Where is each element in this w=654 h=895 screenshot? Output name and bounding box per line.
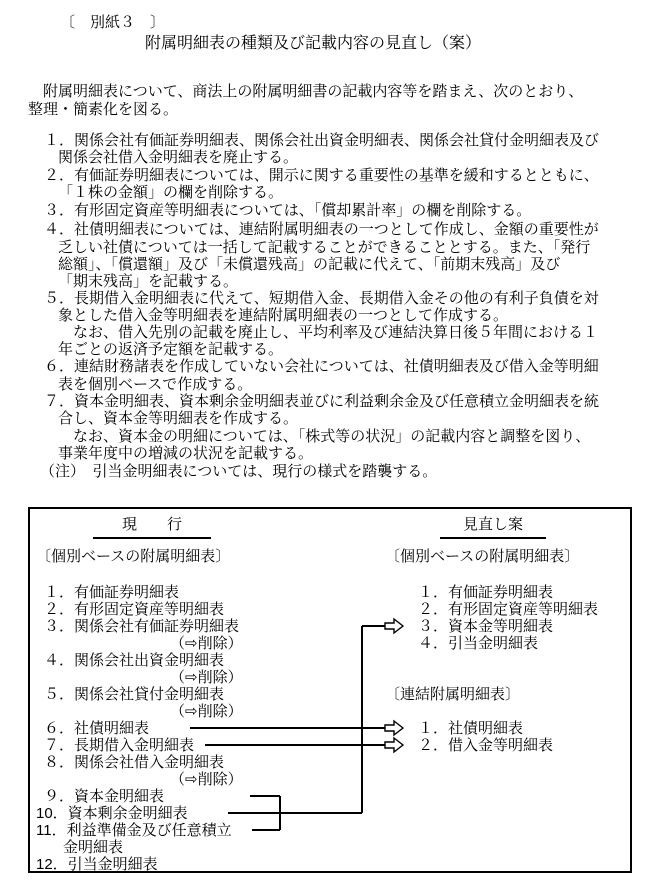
body-line: 「１株の金額」の欄を削除する。 [58, 185, 283, 201]
intro-line: 附属明細表について、商法上の附属明細書の記載内容等を踏まえ、次のとおり、 [43, 84, 583, 100]
current-group-label: 〔個別ベースの附属明細表〕 [36, 549, 230, 564]
body-line: ３．有形固定資産等明細表については、「償却累計率」の欄を削除する。 [44, 203, 531, 219]
revised-item: ４．引当金明細表 [418, 636, 538, 651]
body-line: 事業年度中の増減の状況を記載する。 [58, 446, 313, 462]
intro-line: 整理・簡素化を図る。 [28, 102, 178, 118]
body-line: 乏しい社債については一括して記載することができることとする。また、「発行 [58, 240, 590, 256]
revised-item: ２．有形固定資産等明細表 [418, 602, 598, 617]
body-line: ７．資本金明細表、資本剰余金明細表並びに利益剰余金及び任意積立金明細表を統 [44, 394, 599, 410]
arrow-right-icon [385, 619, 403, 633]
revised-column-header: 見直し案 [440, 517, 546, 539]
current-item: ７．長期借入金明細表 [44, 738, 194, 753]
current-item: 10．資本剰余金明細表 [36, 806, 188, 821]
current-item: 12．引当金明細表 [36, 857, 158, 872]
current-item-continuation: 金明細表 [63, 840, 123, 855]
current-item: ３．関係会社有価証券明細表 [44, 619, 239, 634]
body-line: ５．長期借入金明細表に代えて、短期借入金、長期借入金その他の有利子負債を対 [44, 291, 599, 307]
revised-group-label-consolidated: 〔連結附属明細表〕 [385, 687, 520, 702]
page-title: 附属明細表の種類及び記載内容の見直し（案） [145, 36, 481, 52]
current-item: 11．利益準備金及び任意積立 [36, 823, 232, 838]
deleted-marker: （⇨削除） [170, 670, 243, 685]
body-line: 象とした借入金等明細表を連結附属明細表の一つとして作成する。 [58, 308, 508, 324]
body-line: ４．社債明細表については、連結附属明細表の一つとして作成し、金額の重要性が [44, 222, 599, 238]
note-line: （注） 引当金明細表については、現行の様式を踏襲する。 [40, 464, 437, 480]
current-item: ５．関係会社貸付金明細表 [44, 687, 224, 702]
current-column-header: 現 行 [93, 517, 211, 539]
body-line: 関係会社借入金明細表を廃止する。 [58, 150, 298, 166]
current-item: ６．社債明細表 [44, 721, 149, 736]
current-item: ９．資本金明細表 [44, 789, 164, 804]
revised-group-label-individual: 〔個別ベースの附属明細表〕 [385, 549, 579, 564]
deleted-marker: （⇨削除） [170, 636, 243, 651]
revised-item: １．有価証券明細表 [418, 585, 553, 600]
body-line: ６．連結財務諸表を作成していない会社については、社債明細表及び借入金等明細 [44, 359, 599, 375]
current-item: ２．有形固定資産等明細表 [44, 602, 224, 617]
current-item: ４．関係会社出資金明細表 [44, 653, 224, 668]
body-line: 「期末残高」を記載する。 [58, 274, 238, 290]
arrow-right-icon [385, 721, 403, 735]
deleted-marker: （⇨削除） [170, 772, 243, 787]
body-line: 表を個別ベースで作成する。 [58, 377, 252, 393]
arrow-right-icon [385, 738, 403, 752]
body-line: １．関係会社有価証券明細表、関係会社出資金明細表、関係会社貸付金明細表及び [44, 133, 599, 149]
body-line: ２．有価証券明細表については、開示に関する重要性の基準を緩和するとともに、 [44, 168, 599, 184]
body-line: 総額」、「償還額」及び「未償還残高」の記載に代えて、「前期末残高」及び [58, 257, 560, 273]
attachment-tag: 〔 別紙３ 〕 [60, 15, 165, 31]
comparison-box: 現 行 見直し案 〔個別ベースの附属明細表〕 〔個別ベースの附属明細表〕 〔連結… [28, 507, 632, 873]
body-line: なお、借入先別の記載を廃止し、平均利率及び連結決算日後５年間における１ [73, 325, 598, 341]
revised-item: ３．資本金等明細表 [418, 619, 553, 634]
body-line: なお、資本金の明細については、「株式等の状況」の記載内容と調整を図り、 [73, 429, 590, 445]
body-line: 年ごとの返済予定額を記載する。 [58, 342, 283, 358]
revised-item: ２．借入金等明細表 [418, 738, 553, 753]
deleted-marker: （⇨削除） [170, 704, 243, 719]
current-item: １．有価証券明細表 [44, 585, 179, 600]
body-line: 合し、資本金等明細表を作成する。 [58, 411, 298, 427]
current-item: ８．関係会社借入金明細表 [44, 755, 224, 770]
revised-item: １．社債明細表 [418, 721, 523, 736]
